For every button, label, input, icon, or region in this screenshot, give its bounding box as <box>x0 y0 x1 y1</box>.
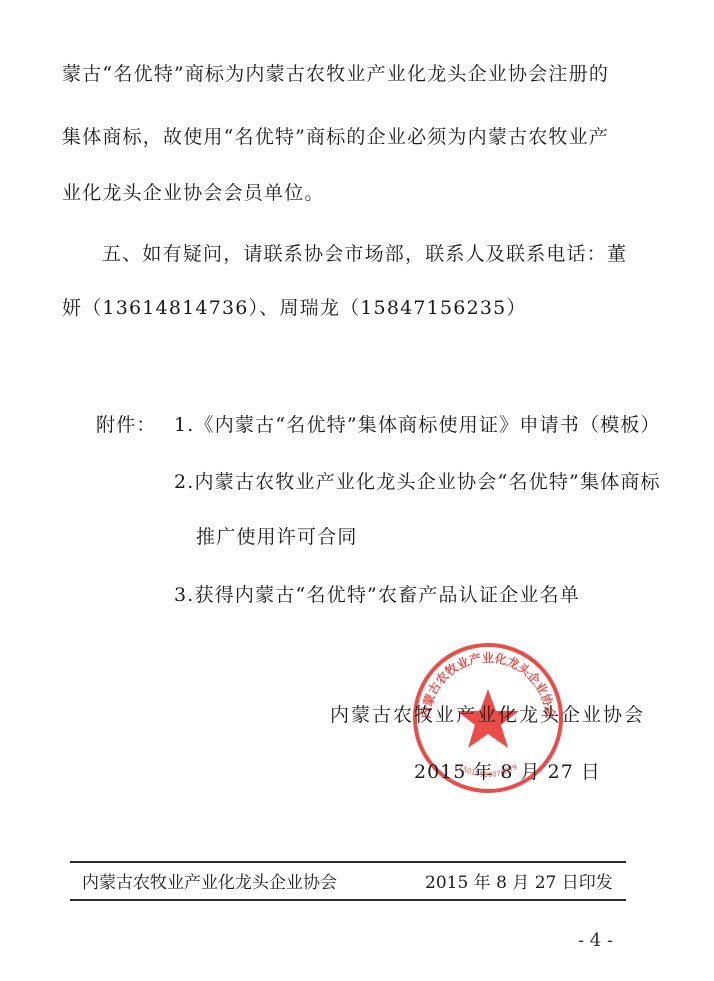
attachment-item: 1.《内蒙古“名优特”集体商标使用证》申请书（模板） <box>174 413 661 437</box>
attachment-item-continued: 推广使用许可合同 <box>196 525 358 549</box>
footer-top-rule <box>70 861 626 863</box>
footer-issue-date: 2015 年 8 月 27 日印发 <box>425 872 613 894</box>
signature-date: 2015 年 8 月 27 日 <box>414 760 601 784</box>
contact-line: 五、如有疑问，请联系协会市场部，联系人及联系电话：董 <box>102 242 627 266</box>
contact-line: 妍（13614814736）、周瑞龙（15847156235） <box>62 296 527 320</box>
attachments-label: 附件： <box>96 413 157 437</box>
paragraph-line: 蒙古“名优特”商标为内蒙古农牧业产业化龙头企业协会注册的 <box>62 62 609 86</box>
footer-bottom-rule <box>70 899 626 901</box>
signature-organization: 内蒙古农牧业产业化龙头企业协会 <box>330 703 645 727</box>
attachment-item: 2.内蒙古农牧业产业化龙头企业协会“名优特”集体商标 <box>174 470 661 494</box>
paragraph-line: 业化龙头企业协会会员单位。 <box>62 181 325 205</box>
footer-issuer: 内蒙古农牧业产业化龙头企业协会 <box>82 872 337 894</box>
page-number: - 4 - <box>578 930 613 951</box>
paragraph-line: 集体商标，故使用“名优特”商标的企业必须为内蒙古农牧业产 <box>62 125 609 149</box>
attachment-item: 3.获得内蒙古“名优特”农畜产品认证企业名单 <box>174 583 580 607</box>
